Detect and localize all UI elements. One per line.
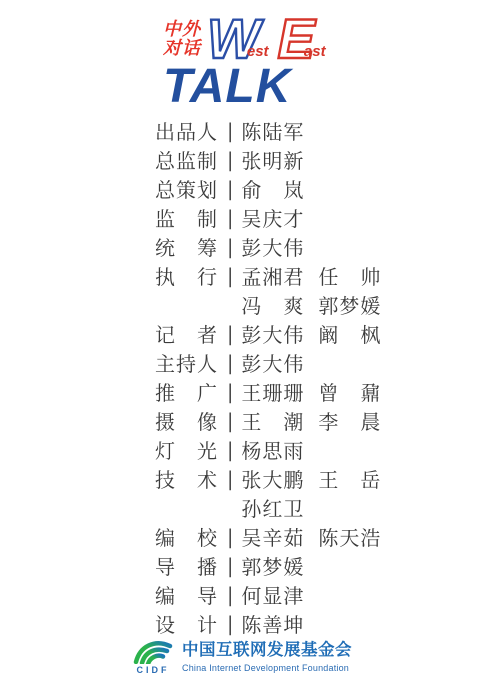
footer: CIDF 中国互联网发展基金会 China Internet Developme… xyxy=(0,638,485,675)
credit-row: 编导|何显津 xyxy=(155,580,485,609)
credit-name: 任帅 xyxy=(318,261,380,290)
logo-east-sub: ast xyxy=(304,43,326,60)
credit-name: 王潮 xyxy=(241,406,303,435)
credits-list: 出品人|陈陆军总监制|张明新总策划|俞岚监制|吴庆才统筹|彭大伟执行|孟湘君任帅… xyxy=(0,116,485,638)
credit-separator: | xyxy=(227,554,233,577)
credit-separator: | xyxy=(227,148,233,171)
credit-separator: | xyxy=(227,264,233,287)
credit-row: 监制|吴庆才 xyxy=(155,203,485,232)
credit-role-label: 出品人 xyxy=(155,116,217,145)
credit-row: 导播|郭梦媛 xyxy=(155,551,485,580)
credit-separator: | xyxy=(227,380,233,403)
credit-row: 技术|张大鹏王岳 xyxy=(155,464,485,493)
logo-top-row: 中外 对话 W est E ast xyxy=(163,16,485,62)
credit-role-label: 编校 xyxy=(155,522,217,551)
credit-name: 阚枫 xyxy=(318,319,380,348)
credit-separator: | xyxy=(227,177,233,200)
logo-cn-text: 中外 对话 xyxy=(163,16,201,58)
credit-separator: | xyxy=(227,467,233,490)
credit-row: |孙红卫 xyxy=(155,493,485,522)
credit-name: 俞岚 xyxy=(241,174,303,203)
credit-separator: | xyxy=(227,119,233,142)
credit-name: 彭大伟 xyxy=(241,319,303,348)
credit-role-label: 灯光 xyxy=(155,435,217,464)
credit-role-label: 总策划 xyxy=(155,174,217,203)
credit-role-label: 记者 xyxy=(155,319,217,348)
credit-role-label: 总监制 xyxy=(155,145,217,174)
credit-name: 冯爽 xyxy=(241,290,303,319)
credit-row: 统筹|彭大伟 xyxy=(155,232,485,261)
org-text-block: 中国互联网发展基金会 China Internet Development Fo… xyxy=(182,641,352,673)
credit-name: 陈陆军 xyxy=(241,116,303,145)
credit-name: 孙红卫 xyxy=(241,493,303,522)
credit-name: 杨思雨 xyxy=(241,435,303,464)
credit-separator: | xyxy=(227,206,233,229)
credit-role-label: 执行 xyxy=(155,261,217,290)
logo-west-sub: est xyxy=(247,43,269,60)
credit-role-label: 推广 xyxy=(155,377,217,406)
credit-name: 陈善坤 xyxy=(241,609,303,638)
credit-name: 张大鹏 xyxy=(241,464,303,493)
credit-name: 郭梦媛 xyxy=(241,551,303,580)
credit-separator: | xyxy=(227,612,233,635)
credit-name: 孟湘君 xyxy=(241,261,303,290)
credit-role-label: 导播 xyxy=(155,551,217,580)
logo-we-letters: W est E ast xyxy=(207,16,337,62)
credit-separator: | xyxy=(227,525,233,548)
credit-role-label: 主持人 xyxy=(155,348,217,377)
credit-name: 吴辛茹 xyxy=(241,522,303,551)
credit-name: 李晨 xyxy=(318,406,380,435)
credit-row: 总监制|张明新 xyxy=(155,145,485,174)
org-name-en: China Internet Development Foundation xyxy=(182,663,352,673)
credit-row: 设计|陈善坤 xyxy=(155,609,485,638)
we-talk-logo: 中外 对话 W est E ast TALK xyxy=(0,0,485,107)
credit-role-label: 设计 xyxy=(155,609,217,638)
credit-name: 王岳 xyxy=(318,464,380,493)
credit-role-label: 监制 xyxy=(155,203,217,232)
credit-separator: | xyxy=(227,235,233,258)
cidf-logo: CIDF xyxy=(133,638,173,675)
credits-page: 中外 对话 W est E ast TALK 出品人|陈陆军总监制|张明新总策划… xyxy=(0,0,485,700)
logo-cn-line2: 对话 xyxy=(163,39,201,58)
credit-row: 编校|吴辛茹陈天浩 xyxy=(155,522,485,551)
credit-row: 灯光|杨思雨 xyxy=(155,435,485,464)
credit-row: 摄像|王潮李晨 xyxy=(155,406,485,435)
logo-talk-text: TALK xyxy=(163,67,485,107)
cidf-acronym-label: CIDF xyxy=(137,665,170,675)
credit-name: 陈天浩 xyxy=(318,522,380,551)
credit-role-label: 摄像 xyxy=(155,406,217,435)
credit-separator: | xyxy=(227,322,233,345)
credit-name: 郭梦媛 xyxy=(318,290,380,319)
credit-name: 何显津 xyxy=(241,580,303,609)
credit-name: 张明新 xyxy=(241,145,303,174)
credit-name: 曾鼐 xyxy=(318,377,380,406)
credit-separator: | xyxy=(227,351,233,374)
credit-role-label: 技术 xyxy=(155,464,217,493)
credit-row: 记者|彭大伟阚枫 xyxy=(155,319,485,348)
credit-name: 王珊珊 xyxy=(241,377,303,406)
credit-row: 总策划|俞岚 xyxy=(155,174,485,203)
cidf-arcs-icon xyxy=(133,638,173,664)
credit-name: 彭大伟 xyxy=(241,348,303,377)
credit-separator: | xyxy=(227,583,233,606)
credit-row: 出品人|陈陆军 xyxy=(155,116,485,145)
org-name-cn: 中国互联网发展基金会 xyxy=(182,641,352,660)
logo-cn-line1: 中外 xyxy=(163,20,201,39)
credit-name: 吴庆才 xyxy=(241,203,303,232)
credit-row: 推广|王珊珊曾鼐 xyxy=(155,377,485,406)
credit-row: 主持人|彭大伟 xyxy=(155,348,485,377)
credit-row: |冯爽郭梦媛 xyxy=(155,290,485,319)
credit-separator: | xyxy=(227,409,233,432)
credit-name: 彭大伟 xyxy=(241,232,303,261)
credit-role-label: 编导 xyxy=(155,580,217,609)
credit-row: 执行|孟湘君任帅 xyxy=(155,261,485,290)
credit-role-label: 统筹 xyxy=(155,232,217,261)
credit-separator: | xyxy=(227,438,233,461)
